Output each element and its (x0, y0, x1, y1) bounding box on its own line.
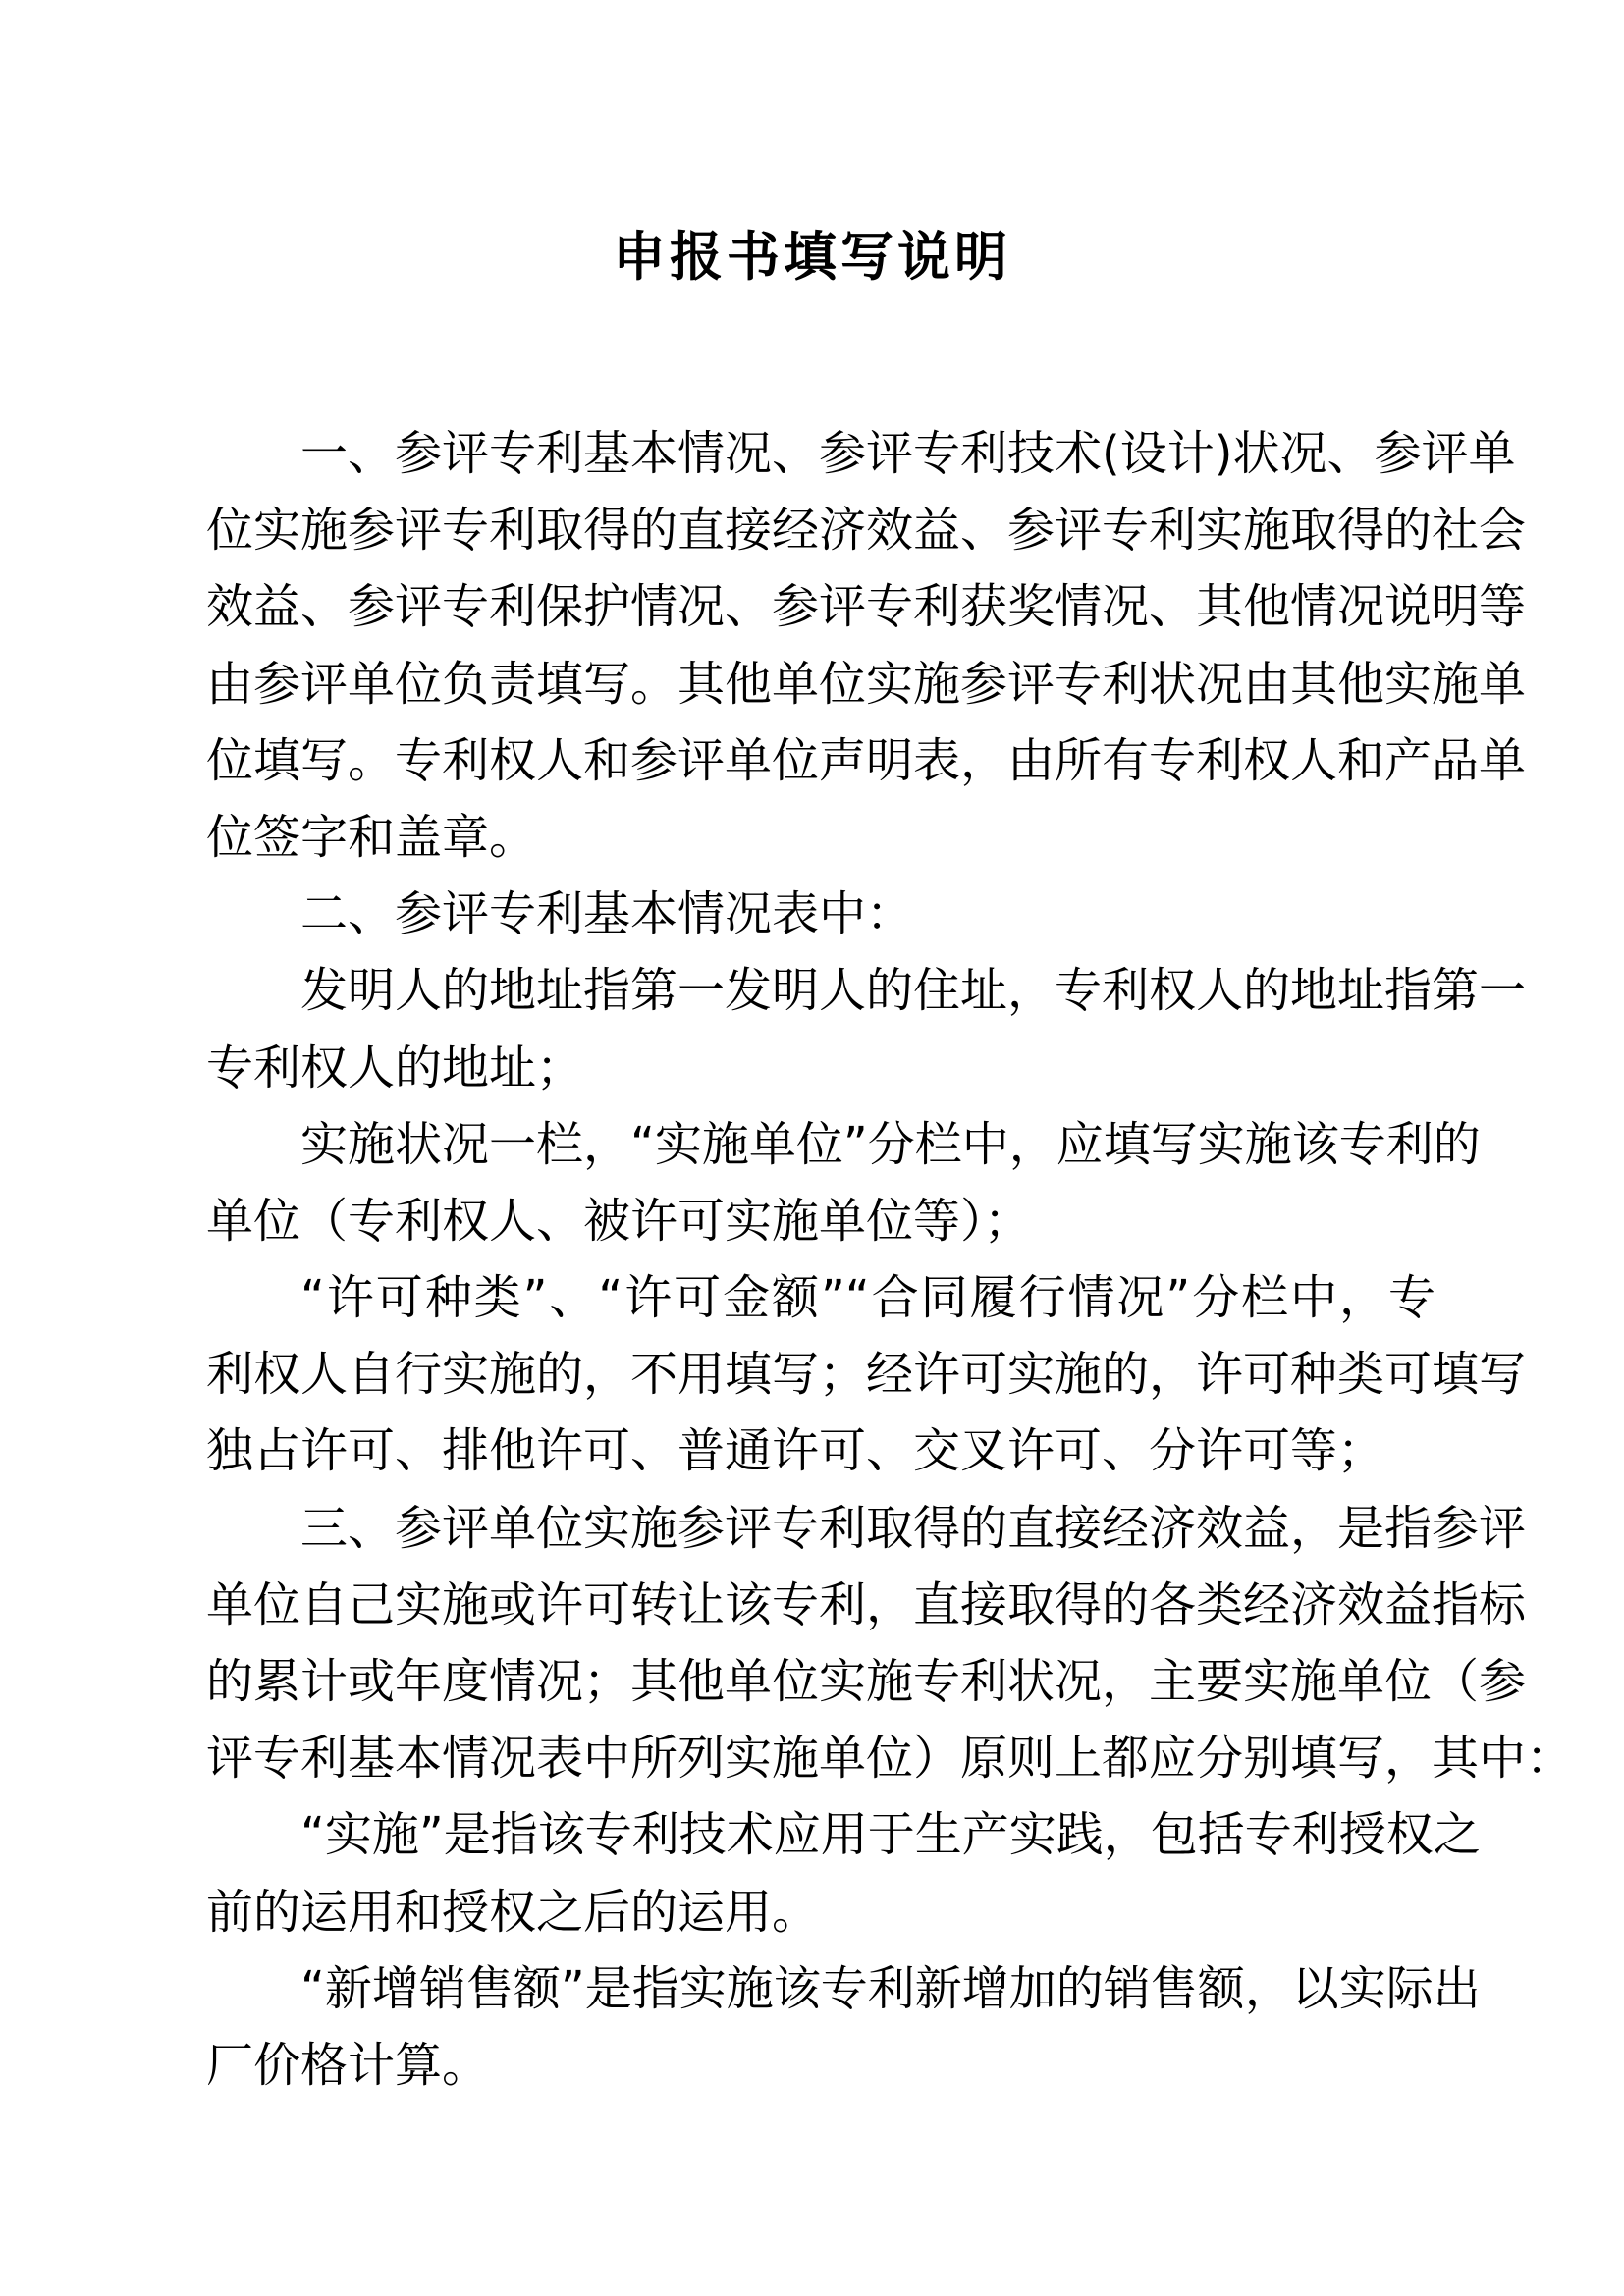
section-heading: 二、参评专利基本情况表中： (206, 884, 1435, 961)
paragraph-line: 的累计或年度情况；其他单位实施专利状况，主要实施单位（参 (206, 1652, 1435, 1729)
paragraph-line: 由参评单位负责填写。其他单位实施参评专利状况由其他实施单 (206, 655, 1435, 731)
paragraph-line: 位实施参评专利取得的直接经济效益、参评专利实施取得的社会 (206, 501, 1435, 577)
paragraph-line: 专利权人的地址； (206, 1039, 1435, 1115)
paragraph-line: “许可种类”、“许可金额”“合同履行情况”分栏中，专 (206, 1268, 1435, 1345)
paragraph-line: 厂价格计算。 (206, 2036, 1435, 2112)
paragraph-line: “新增销售额”是指实施该专利新增加的销售额，以实际出 (206, 1959, 1435, 2036)
paragraph-line: 效益、参评专利保护情况、参评专利获奖情况、其他情况说明等 (206, 577, 1435, 654)
paragraph-line: 评专利基本情况表中所列实施单位）原则上都应分别填写，其中： (206, 1729, 1435, 1805)
paragraph-line: 利权人自行实施的，不用填写；经许可实施的，许可种类可填写 (206, 1345, 1435, 1421)
paragraph-line: 前的运用和授权之后的运用。 (206, 1883, 1435, 1959)
paragraph-line: 位填写。专利权人和参评单位声明表，由所有专利权人和产品单 (206, 731, 1435, 808)
paragraph-line: 独占许可、排他许可、普通许可、交叉许可、分许可等； (206, 1421, 1435, 1498)
paragraph-line: 三、参评单位实施参评专利取得的直接经济效益，是指参评 (206, 1499, 1435, 1575)
paragraph-line: 单位（专利权人、被许可实施单位等）； (206, 1192, 1435, 1268)
paragraph-line: 位签字和盖章。 (206, 808, 1435, 884)
paragraph-line: 实施状况一栏，“实施单位”分栏中，应填写实施该专利的 (206, 1115, 1435, 1192)
document-title: 申报书填写说明 (0, 228, 1624, 287)
paragraph-line: “实施”是指该专利技术应用于生产实践，包括专利授权之 (206, 1805, 1435, 1882)
paragraph-line: 发明人的地址指第一发明人的住址，专利权人的地址指第一 (206, 961, 1435, 1038)
paragraph-line: 一、参评专利基本情况、参评专利技术(设计)状况、参评单 (206, 424, 1435, 501)
paragraph-line: 单位自己实施或许可转让该专利，直接取得的各类经济效益指标 (206, 1575, 1435, 1652)
document-body: 一、参评专利基本情况、参评专利技术(设计)状况、参评单 位实施参评专利取得的直接… (206, 424, 1435, 2112)
